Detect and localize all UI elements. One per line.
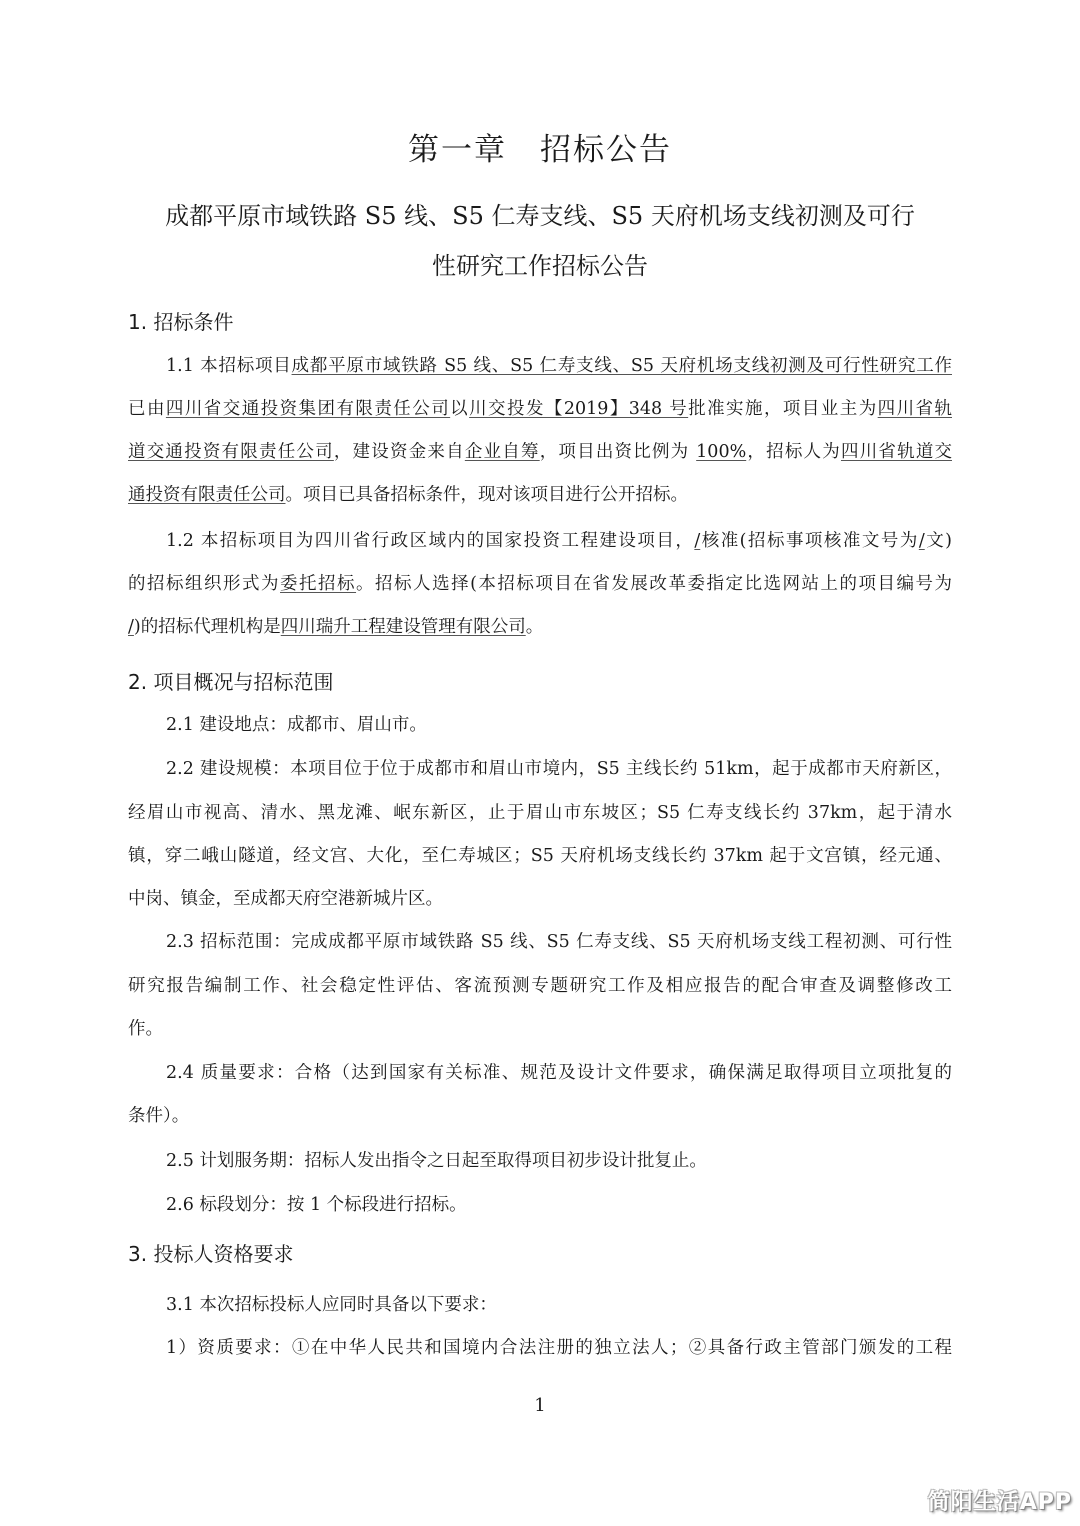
text-segment: 。 bbox=[526, 617, 544, 637]
underlined-field-value: 100% bbox=[696, 442, 746, 462]
text-segment: 研究报告编制工作、社会稳定性评估、客流预测专题研究工作及相应报告的配合审查及调整… bbox=[128, 976, 952, 996]
paragraph-line: 2.6 标段划分：按 1 个标段进行招标。 bbox=[166, 1192, 952, 1218]
paragraph-line: 2.3 招标范围：完成成都平原市域铁路 S5 线、S5 仁寿支线、S5 天府机场… bbox=[166, 929, 952, 955]
text-segment: 1）资质要求：①在中华人民共和国境内合法注册的独立法人；②具备行政主管部门颁发的… bbox=[166, 1338, 952, 1358]
document-title-line-2: 性研究工作招标公告 bbox=[110, 250, 970, 282]
underlined-field-value: 川交投发【2019】348 号 bbox=[469, 399, 688, 419]
section-heading-3: 3. 投标人资格要求 bbox=[128, 1240, 293, 1268]
document-title-line-1: 成都平原市域铁路 S5 线、S5 仁寿支线、S5 天府机场支线初测及可行 bbox=[110, 200, 970, 232]
text-segment: 以 bbox=[450, 399, 469, 419]
text-segment: 已由 bbox=[128, 399, 166, 419]
paragraph-line: 镇，穿二峨山隧道，经文宫、大化，至仁寿城区；S5 天府机场支线长约 37km 起… bbox=[128, 843, 952, 869]
paragraph-line: 条件）。 bbox=[128, 1103, 952, 1129]
text-segment: ，建设资金来自 bbox=[334, 442, 465, 462]
underlined-field-value: 四川瑞升工程建设管理有限公司 bbox=[281, 617, 526, 637]
section-heading-2: 2. 项目概况与招标范围 bbox=[128, 668, 333, 696]
text-segment: 的招标组织形式为 bbox=[128, 574, 280, 594]
text-segment: )的招标代理机构是 bbox=[134, 617, 281, 637]
text-segment: 镇，穿二峨山隧道，经文宫、大化，至仁寿城区；S5 天府机场支线长约 37km 起… bbox=[128, 846, 952, 866]
chapter-title: 第一章 招标公告 bbox=[0, 128, 1080, 172]
paragraph-line: 已由四川省交通投资集团有限责任公司以川交投发【2019】348 号批准实施，项目… bbox=[128, 396, 952, 422]
text-segment: 2.1 建设地点：成都市、眉山市。 bbox=[166, 715, 427, 735]
text-segment: 核准(招标事项核准文号为 bbox=[700, 531, 919, 551]
paragraph-line: /)的招标代理机构是四川瑞升工程建设管理有限公司。 bbox=[128, 614, 952, 640]
text-segment: 1.2 本招标项目为四川省行政区域内的国家投资工程建设项目， bbox=[166, 531, 694, 551]
paragraph-line: 通投资有限责任公司。项目已具备招标条件，现对该项目进行公开招标。 bbox=[128, 482, 952, 508]
text-segment: ，招标人为 bbox=[746, 442, 841, 462]
paragraph-line: 的招标组织形式为委托招标。招标人选择(本招标项目在省发展改革委指定比选网站上的项… bbox=[128, 571, 952, 597]
text-segment: 。项目已具备招标条件，现对该项目进行公开招标。 bbox=[286, 485, 689, 505]
paragraph-line: 2.2 建设规模：本项目位于位于成都市和眉山市境内，S5 主线长约 51km，起… bbox=[166, 756, 952, 782]
underlined-field-value: 道交通投资有限责任公司 bbox=[128, 442, 334, 462]
paragraph-line: 2.4 质量要求：合格（达到国家有关标准、规范及设计文件要求，确保满足取得项目立… bbox=[166, 1060, 952, 1086]
text-segment: ，项目出资比例为 bbox=[540, 442, 696, 462]
text-segment: 3.1 本次招标投标人应同时具备以下要求： bbox=[166, 1295, 497, 1315]
text-segment: 经眉山市视高、清水、黑龙滩、岷东新区，止于眉山市东坡区；S5 仁寿支线长约 37… bbox=[128, 803, 952, 823]
paragraph-line: 中岗、镇金，至成都天府空港新城片区。 bbox=[128, 886, 952, 912]
underlined-field-value: 委托招标 bbox=[280, 574, 356, 594]
text-segment: 2.6 标段划分：按 1 个标段进行招标。 bbox=[166, 1195, 467, 1215]
underlined-field-value: 成都平原市域铁路 S5 线、S5 仁寿支线、S5 天府机场支线初测及可行性研究工… bbox=[292, 356, 952, 376]
underlined-field-value: 四川省轨 bbox=[878, 399, 952, 419]
paragraph-line: 2.1 建设地点：成都市、眉山市。 bbox=[166, 712, 952, 738]
paragraph-line: 经眉山市视高、清水、黑龙滩、岷东新区，止于眉山市东坡区；S5 仁寿支线长约 37… bbox=[128, 800, 952, 826]
underlined-field-value: 四川省轨道交 bbox=[841, 442, 952, 462]
section-heading-1: 1. 招标条件 bbox=[128, 308, 233, 336]
text-segment: 。招标人选择(本招标项目在省发展改革委指定比选网站上的项目编号为 bbox=[356, 574, 952, 594]
page-number: 1 bbox=[0, 1394, 1080, 1418]
document-page: 第一章 招标公告 成都平原市域铁路 S5 线、S5 仁寿支线、S5 天府机场支线… bbox=[0, 0, 1080, 1526]
paragraph-line: 1.2 本招标项目为四川省行政区域内的国家投资工程建设项目，/核准(招标事项核准… bbox=[166, 528, 952, 554]
text-segment: 2.2 建设规模：本项目位于位于成都市和眉山市境内，S5 主线长约 51km，起… bbox=[166, 759, 952, 779]
text-segment: 2.3 招标范围：完成成都平原市域铁路 S5 线、S5 仁寿支线、S5 天府机场… bbox=[166, 932, 952, 952]
text-segment: 批准实施，项目业主为 bbox=[688, 399, 878, 419]
text-segment: 文) bbox=[925, 531, 952, 551]
watermark-logo: 简阳生活APP bbox=[928, 1488, 1072, 1518]
text-segment: 2.5 计划服务期：招标人发出指令之日起至取得项目初步设计批复止。 bbox=[166, 1151, 707, 1171]
text-segment: 中岗、镇金，至成都天府空港新城片区。 bbox=[128, 889, 443, 909]
paragraph-line: 道交通投资有限责任公司，建设资金来自企业自筹，项目出资比例为 100%，招标人为… bbox=[128, 439, 952, 465]
paragraph-line: 作。 bbox=[128, 1016, 952, 1042]
underlined-field-value: 企业自筹 bbox=[465, 442, 540, 462]
paragraph-line: 1.1 本招标项目成都平原市域铁路 S5 线、S5 仁寿支线、S5 天府机场支线… bbox=[166, 353, 952, 379]
text-segment: 条件）。 bbox=[128, 1106, 189, 1126]
text-segment: 作。 bbox=[128, 1019, 163, 1039]
paragraph-line: 研究报告编制工作、社会稳定性评估、客流预测专题研究工作及相应报告的配合审查及调整… bbox=[128, 973, 952, 999]
text-segment: 1.1 本招标项目 bbox=[166, 356, 292, 376]
underlined-field-value: 四川省交通投资集团有限责任公司 bbox=[166, 399, 450, 419]
text-segment: 2.4 质量要求：合格（达到国家有关标准、规范及设计文件要求，确保满足取得项目立… bbox=[166, 1063, 952, 1083]
paragraph-line: 1）资质要求：①在中华人民共和国境内合法注册的独立法人；②具备行政主管部门颁发的… bbox=[166, 1335, 952, 1361]
paragraph-line: 2.5 计划服务期：招标人发出指令之日起至取得项目初步设计批复止。 bbox=[166, 1148, 952, 1174]
paragraph-line: 3.1 本次招标投标人应同时具备以下要求： bbox=[166, 1292, 952, 1318]
underlined-field-value: 通投资有限责任公司 bbox=[128, 485, 286, 505]
